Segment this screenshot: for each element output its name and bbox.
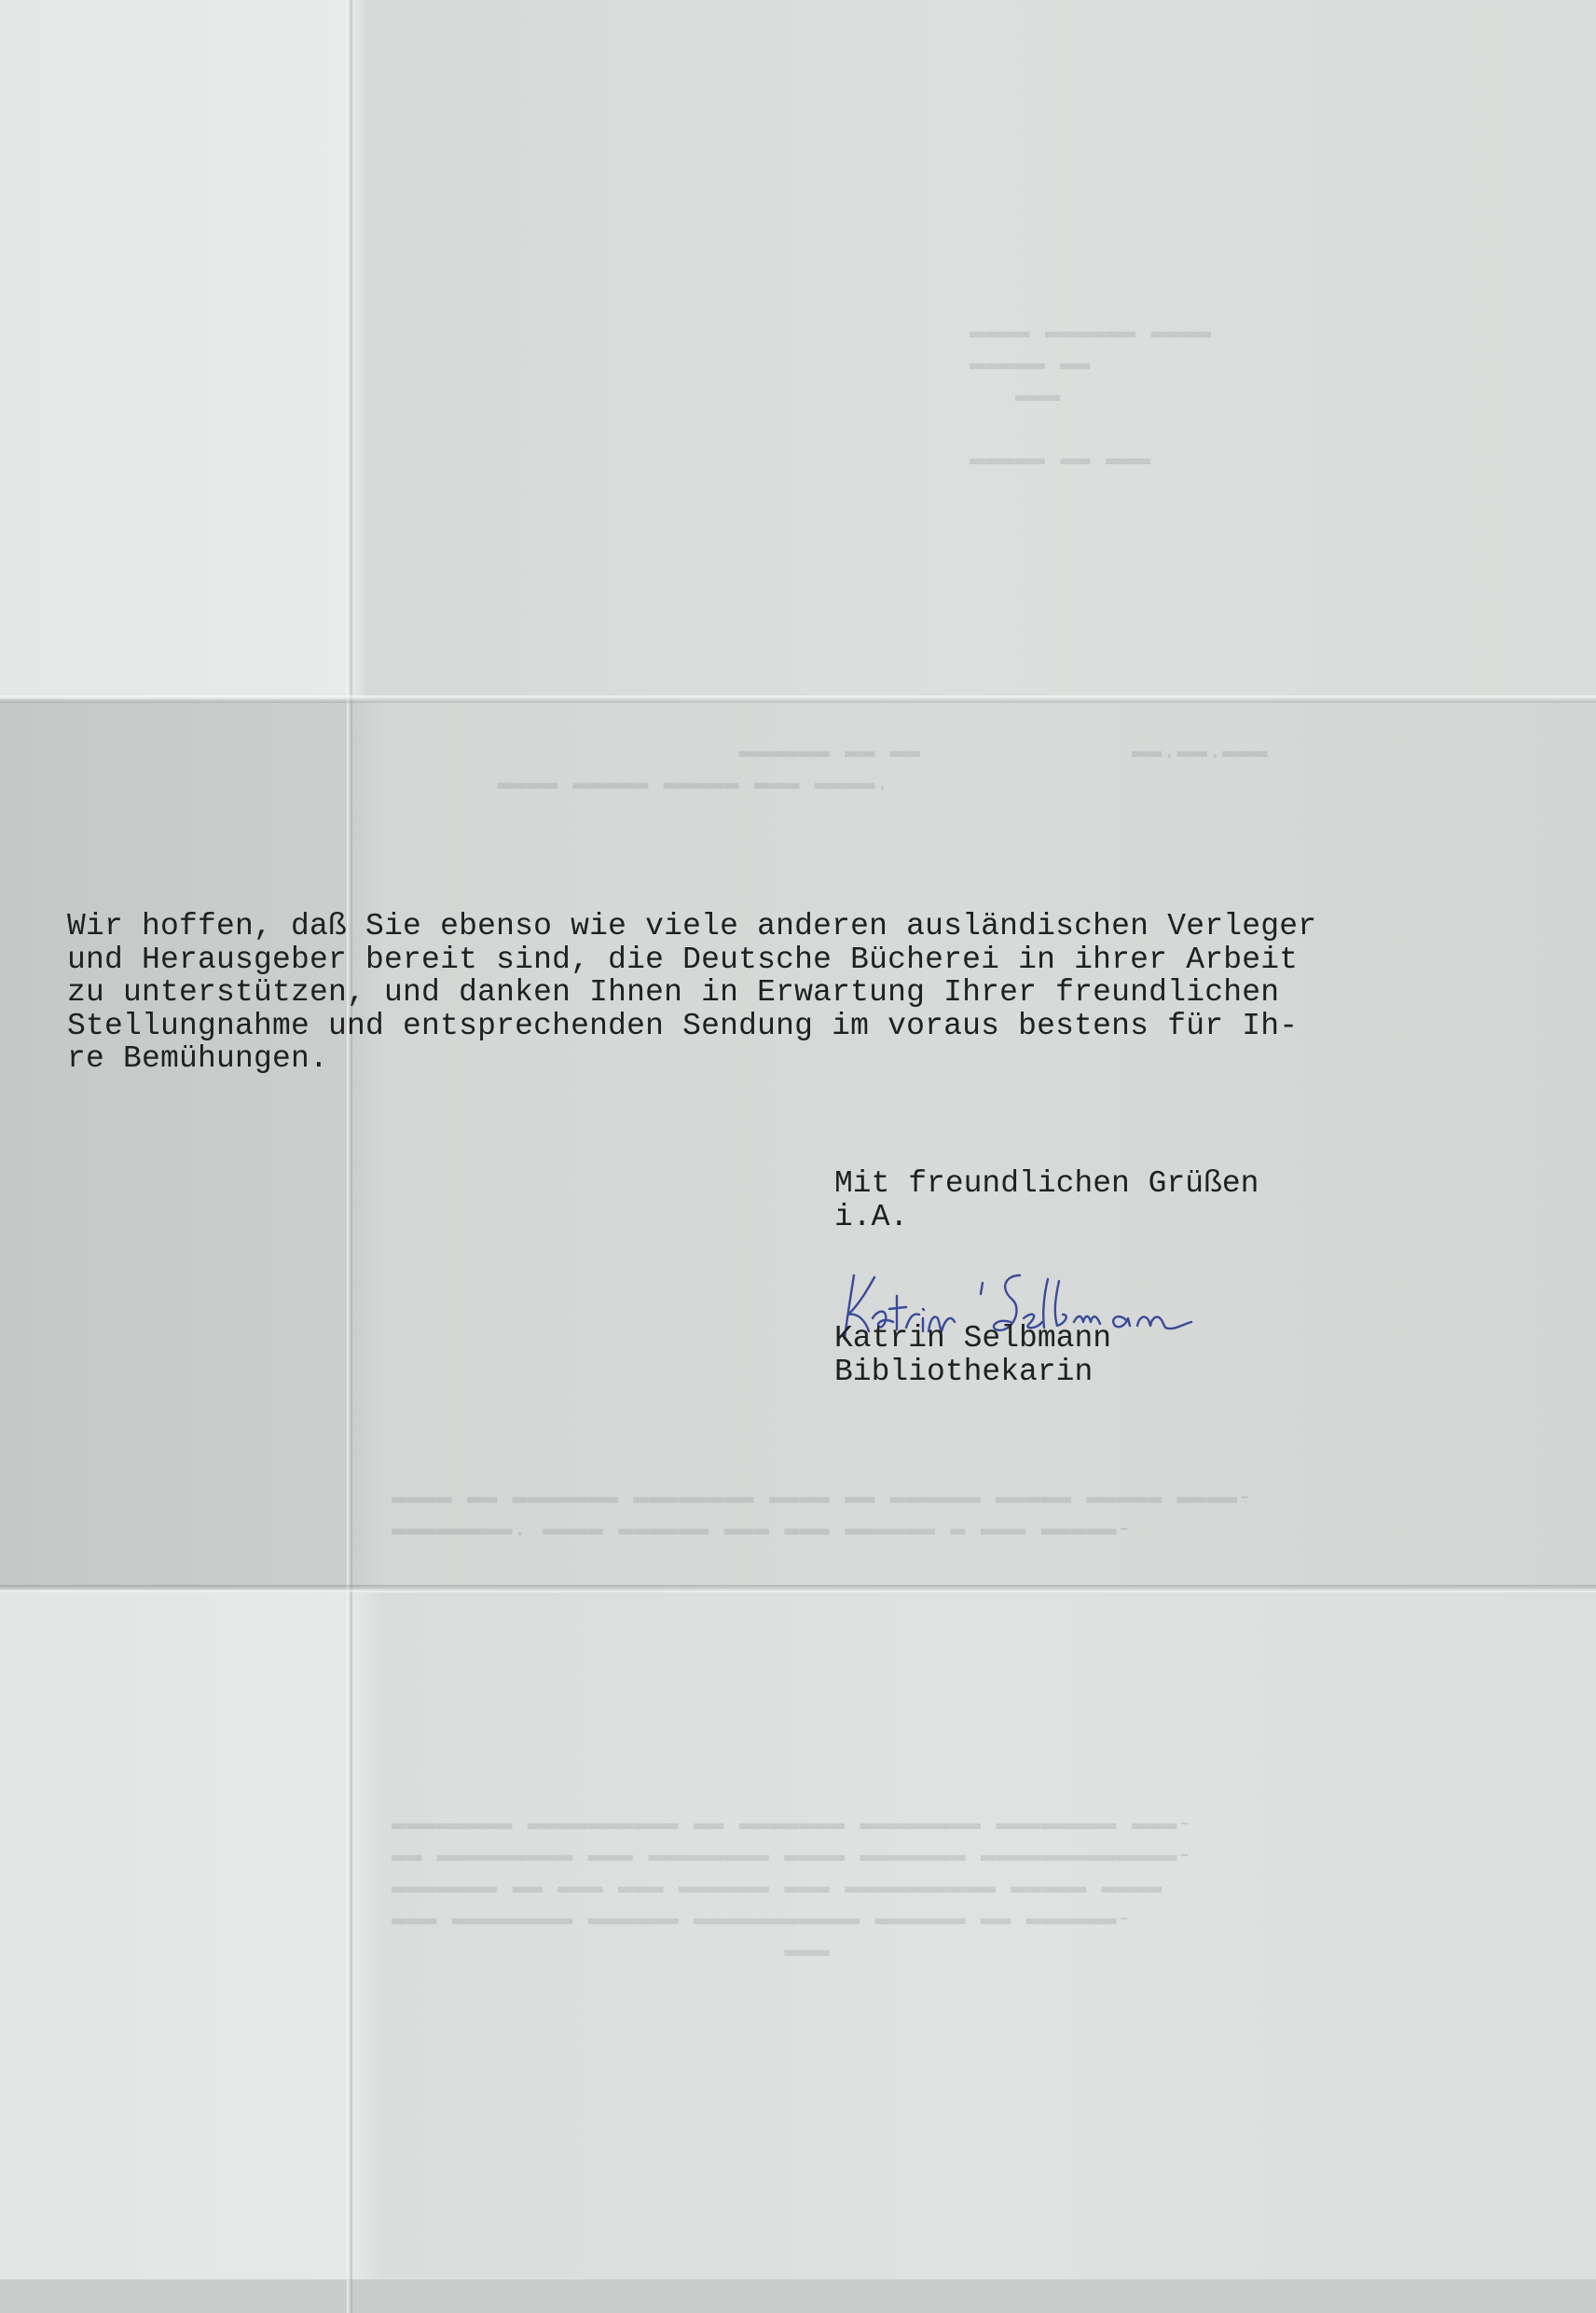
closing-block: Mit freundlichen Grüßeni.A. (834, 1167, 1259, 1234)
upper-fold-crease (0, 695, 1596, 703)
top-fold-panel (0, 0, 1596, 699)
bleed-through-text-upper: ▬▬▬▬▬▬ ▬▬ ▬▬ ▬▬.▬▬.▬▬▬ ▬▬▬▬ ▬▬▬▬▬ ▬▬▬▬▬ … (392, 737, 1268, 800)
middle-fold-panel (0, 699, 1596, 1590)
body-line: Stellungnahme und entsprechenden Sendung… (67, 1010, 1577, 1043)
letter-body: Wir hoffen, daß Sie ebenso wie viele and… (67, 910, 1577, 1076)
body-line: re Bemühungen. (67, 1042, 1577, 1076)
body-line: zu unterstützen, und danken Ihnen in Erw… (67, 976, 1577, 1010)
bleed-through-text-middle: ▬▬▬▬ ▬▬ ▬▬▬▬▬▬▬ ▬▬▬▬▬▬▬▬ ▬▬▬▬ ▬▬ ▬▬▬▬▬▬ … (392, 1482, 1253, 1546)
background-strip (0, 2279, 1596, 2313)
bleed-through-address: ▬▬▬▬ ▬▬▬▬▬▬ ▬▬▬▬ ▬▬▬▬▬ ▬▬ ▬▬▬ ▬▬▬▬▬ ▬▬ ▬… (970, 317, 1211, 475)
body-line: Wir hoffen, daß Sie ebenso wie viele and… (67, 910, 1577, 943)
signer-title: Bibliothekarin (834, 1356, 1111, 1389)
closing-greeting: Mit freundlichen Grüßen (834, 1167, 1259, 1201)
letter-paper: ▬▬▬▬ ▬▬▬▬▬▬ ▬▬▬▬ ▬▬▬▬▬ ▬▬ ▬▬▬ ▬▬▬▬▬ ▬▬ ▬… (0, 0, 1596, 2313)
on-behalf-abbreviation: i.A. (834, 1201, 1259, 1234)
body-line: und Herausgeber bereit sind, die Deutsch… (67, 943, 1577, 977)
lower-fold-crease (0, 1585, 1596, 1592)
bleed-through-text-lower: ▬▬▬▬▬▬▬▬ ▬▬▬▬▬▬▬▬▬▬ ▬▬ ▬▬▬▬▬▬▬ ▬▬▬▬▬▬▬▬ … (392, 1809, 1192, 1967)
vertical-fold-crease (347, 0, 352, 2313)
signer-block: Katrin SelbmannBibliothekarin (834, 1322, 1111, 1389)
signer-name: Katrin Selbmann (834, 1322, 1111, 1356)
